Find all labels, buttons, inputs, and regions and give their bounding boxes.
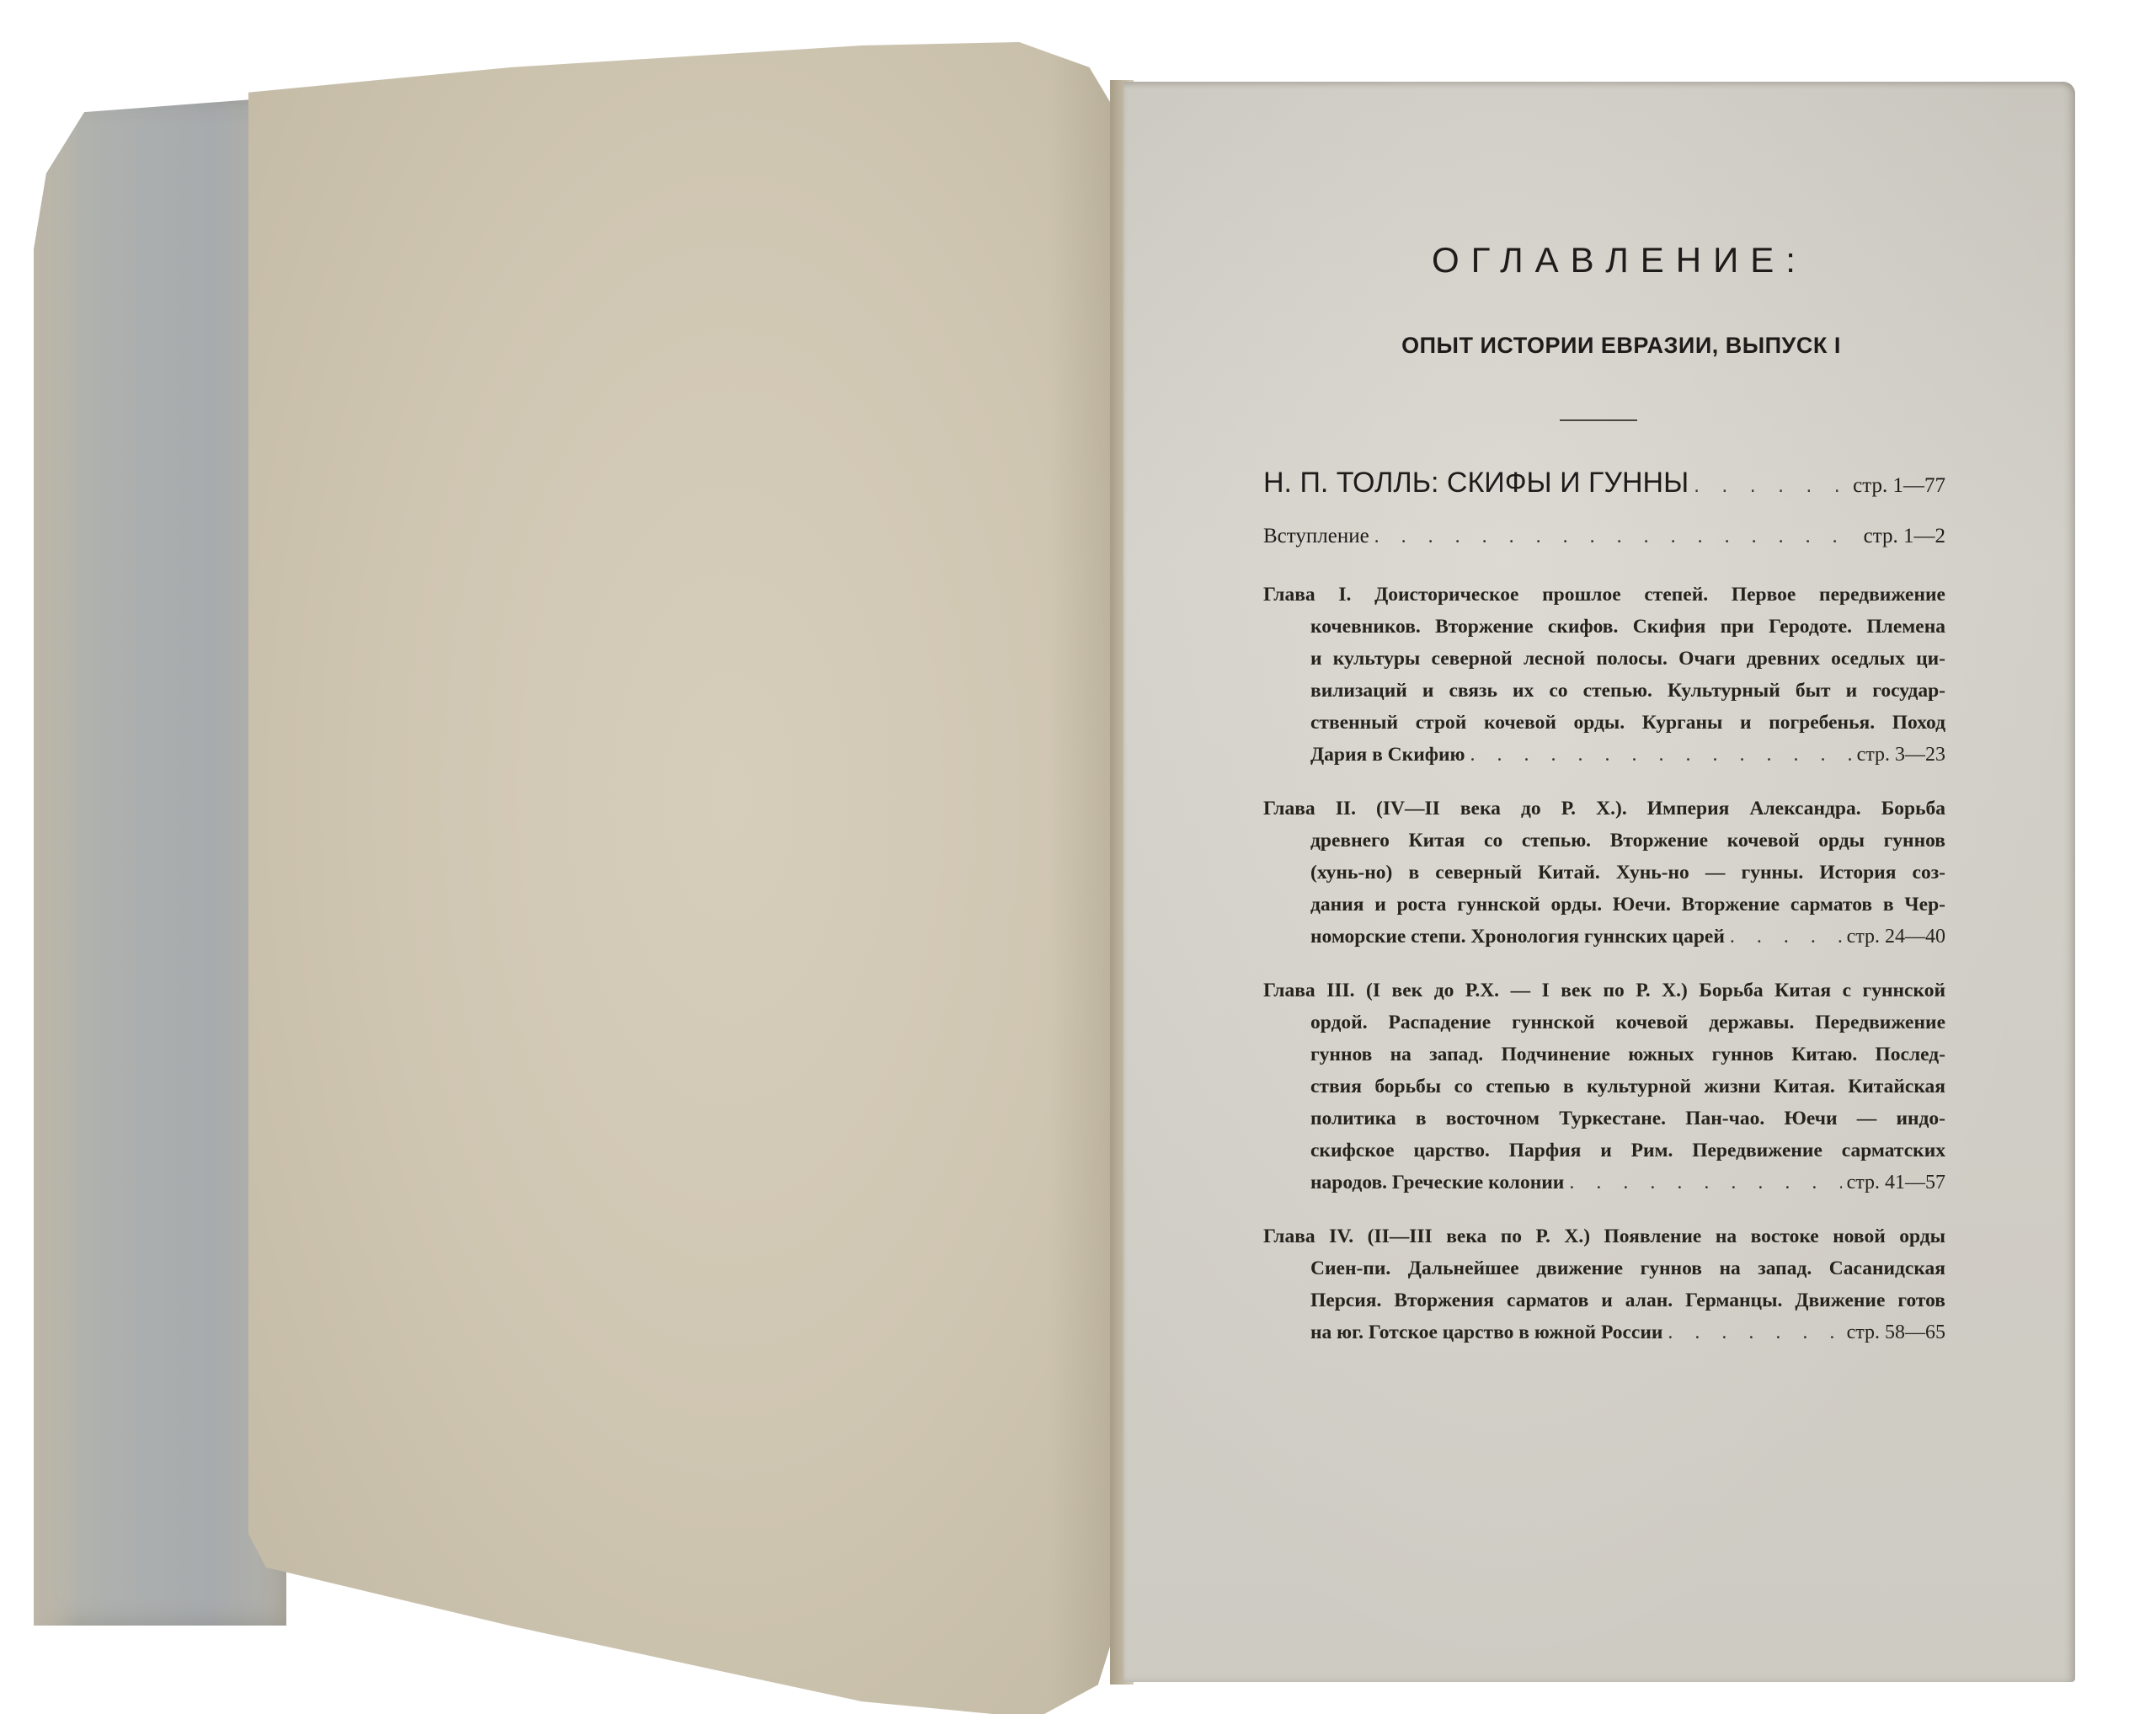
chapter-last-text: на юг. Готское царство в южной России: [1310, 1316, 1662, 1348]
chapter-pages: стр. 41—57: [1847, 1167, 1945, 1199]
curled-blank-page: [248, 42, 1124, 1714]
dot-leader: [1730, 921, 1842, 953]
chapter-line: дания и роста гуннской орды. Юечи. Вторж…: [1263, 889, 1945, 921]
chapter-line: политика в восточном Туркестане. Пан-чао…: [1263, 1103, 1945, 1135]
dot-leader: [1694, 474, 1848, 498]
chapter-line: ствия борьбы со степью в культурной жизн…: [1263, 1071, 1945, 1103]
chapter-line: скифское царство. Парфия и Рим. Передвиж…: [1263, 1135, 1945, 1167]
chapter-line: Глава III. (I век до Р.Х. — I век по Р. …: [1263, 974, 1945, 1007]
chapter-line: Сиен-пи. Дальнейшее движение гуннов на з…: [1263, 1252, 1945, 1284]
chapter-entry-2: Глава II. (IV—II века до Р. Х.). Империя…: [1263, 793, 1945, 953]
chapter-line: древнего Китая со степью. Вторжение коче…: [1263, 825, 1945, 857]
chapter-line: ордой. Распадение гуннской кочевой держа…: [1263, 1007, 1945, 1039]
chapter-last-line: номорские степи. Хронология гуннских цар…: [1263, 921, 1945, 953]
dot-leader: [1374, 526, 1859, 548]
contents-title: ОГЛАВЛЕНИЕ:: [1294, 240, 1945, 280]
chapter-last-line: Дария в Скифию стр. 3—23: [1263, 739, 1945, 771]
dot-leader: [1470, 739, 1852, 771]
chapter-line: Персия. Вторжения сарматов и алан. Герма…: [1263, 1284, 1945, 1316]
intro-entry: Вступление стр. 1—2: [1263, 525, 1945, 548]
table-of-contents: ОГЛАВЛЕНИЕ: ОПЫТ ИСТОРИИ ЕВРАЗИИ, ВЫПУСК…: [1263, 240, 1945, 1370]
chapter-line: кочевников. Вторжение скифов. Скифия при…: [1263, 611, 1945, 643]
author-entry: Н. П. ТОЛЛЬ: СКИФЫ И ГУННЫ стр. 1—77: [1263, 467, 1945, 499]
chapter-line: гуннов на запад. Подчинение южных гуннов…: [1263, 1039, 1945, 1071]
chapter-last-line: народов. Греческие колонии стр. 41—57: [1263, 1167, 1945, 1199]
chapter-last-text: номорские степи. Хронология гуннских цар…: [1310, 921, 1725, 953]
chapter-line: Глава I. Доисторическое прошлое степей. …: [1263, 579, 1945, 611]
divider-rule: [1560, 419, 1637, 421]
chapter-line: и культуры северной лесной полосы. Очаги…: [1263, 643, 1945, 675]
author-entry-text: Н. П. ТОЛЛЬ: СКИФЫ И ГУННЫ: [1263, 467, 1689, 499]
chapter-line: (хунь-но) в северный Китай. Хунь-но — гу…: [1263, 857, 1945, 889]
intro-entry-text: Вступление: [1263, 525, 1369, 548]
chapter-last-text: народов. Греческие колонии: [1310, 1167, 1564, 1199]
intro-entry-pages: стр. 1—2: [1864, 525, 1945, 548]
chapter-pages: стр. 24—40: [1847, 921, 1945, 953]
chapter-entry-4: Глава IV. (II—III века по Р. Х.) Появлен…: [1263, 1220, 1945, 1348]
dot-leader: [1668, 1316, 1841, 1348]
chapter-pages: стр. 58—65: [1847, 1316, 1945, 1348]
chapter-line: вилизаций и связь их со степью. Культурн…: [1263, 675, 1945, 707]
chapter-last-text: Дария в Скифию: [1310, 739, 1465, 771]
chapter-entry-1: Глава I. Доисторическое прошлое степей. …: [1263, 579, 1945, 771]
chapter-line: ственный строй кочевой орды. Курганы и п…: [1263, 707, 1945, 739]
author-entry-pages: стр. 1—77: [1853, 474, 1945, 498]
chapter-entry-3: Глава III. (I век до Р.Х. — I век по Р. …: [1263, 974, 1945, 1199]
chapter-last-line: на юг. Готское царство в южной России ст…: [1263, 1316, 1945, 1348]
chapter-line: Глава IV. (II—III века по Р. Х.) Появлен…: [1263, 1220, 1945, 1252]
chapter-pages: стр. 3—23: [1857, 739, 1945, 771]
dot-leader: [1569, 1167, 1841, 1199]
chapter-line: Глава II. (IV—II века до Р. Х.). Империя…: [1263, 793, 1945, 825]
contents-subtitle: ОПЫТ ИСТОРИИ ЕВРАЗИИ, ВЫПУСК I: [1297, 333, 1945, 359]
